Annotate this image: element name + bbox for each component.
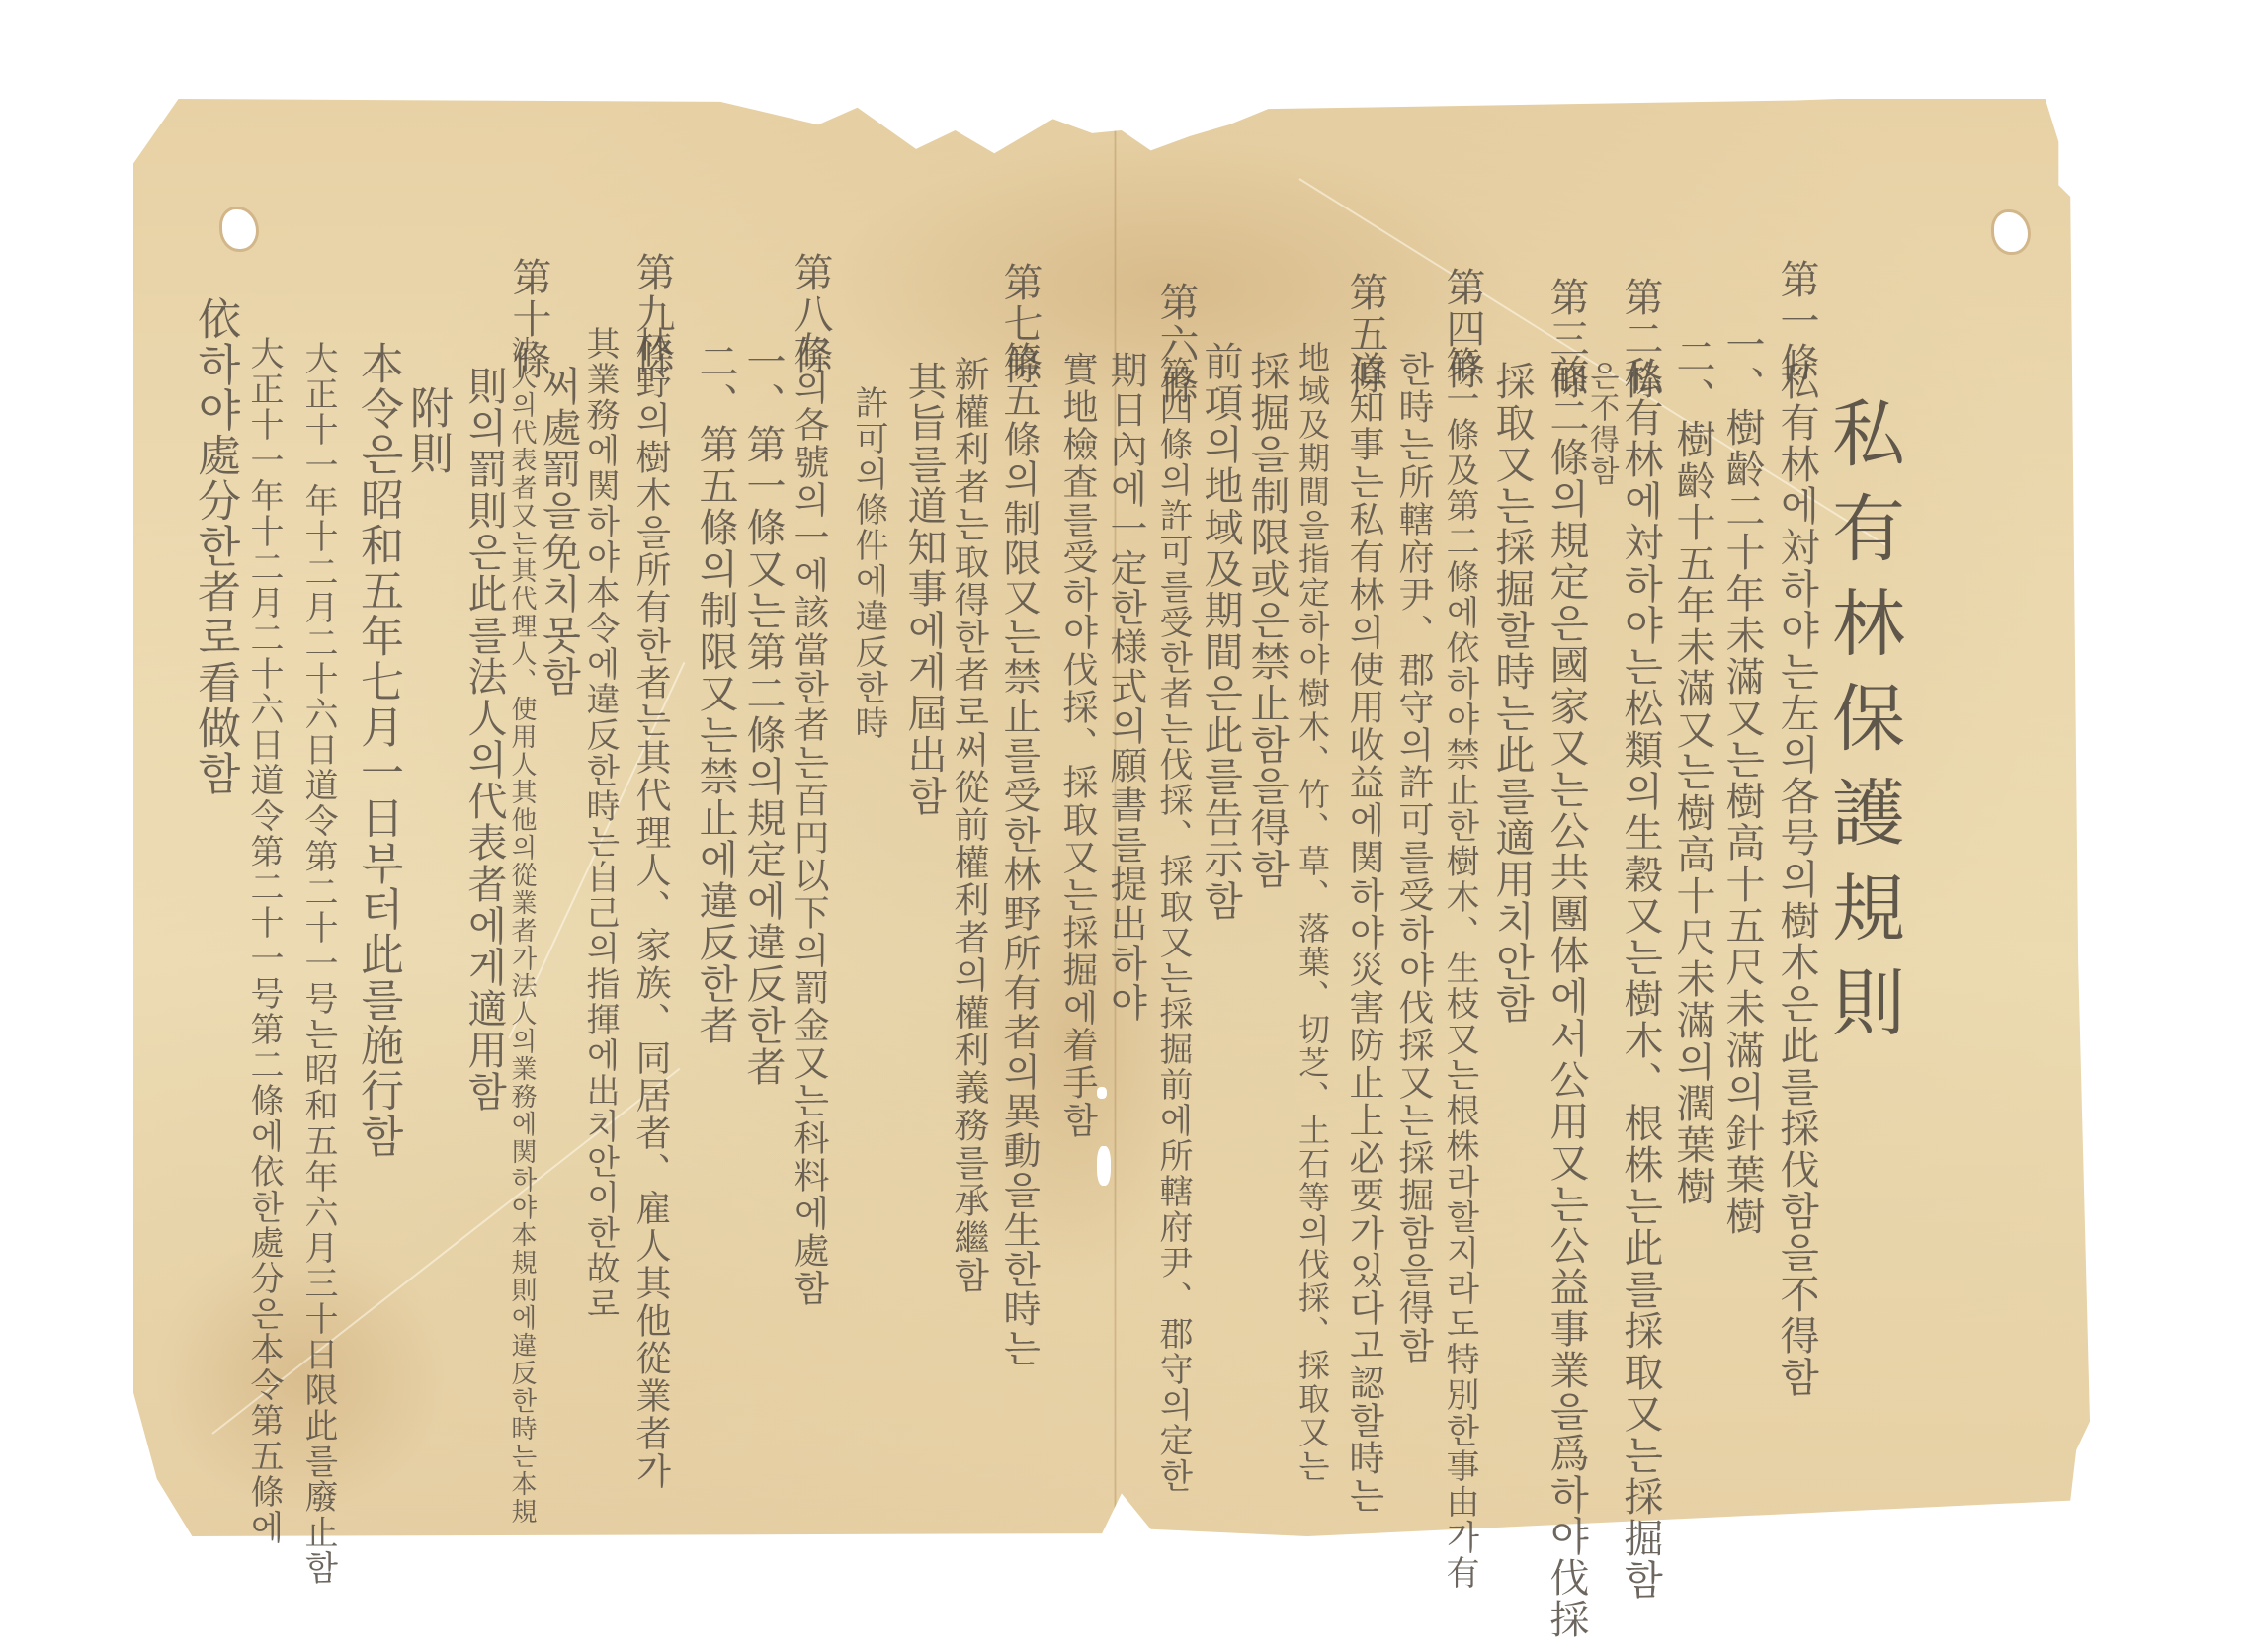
article-1-item-1: 一、樹齡二十年未滿又는樹高十五尺未滿의針葉樹 bbox=[1722, 324, 1762, 1237]
paper-tear bbox=[1097, 1146, 1111, 1186]
article-5-line-4: 前項의地域及期間은此를告示함 bbox=[1201, 341, 1240, 922]
supplementary-line-4: 依하야處分한者로看做함 bbox=[193, 296, 236, 796]
article-1-line-1: 私有林에対하야는左의各号의樹木은此를採伐함을不得함 bbox=[1777, 361, 1816, 1398]
article-5-line-1: 道知事는私有林의使用收益에関하야災害防止上必要가있다고認할時는 bbox=[1346, 351, 1381, 1515]
article-7-line-3: 其旨를道知事에게屆出함 bbox=[904, 361, 944, 817]
article-9-line-1: 林野의樹木을所有한者는其代理人、家族、同居者、雇人其他從業者가 bbox=[632, 326, 668, 1490]
article-8-line-4: 許可의條件에違反한時 bbox=[852, 385, 885, 741]
punch-hole-left bbox=[222, 209, 256, 249]
document-title: 私有林保護規則 bbox=[1826, 395, 1899, 1059]
article-9-line-3: 써處罰을免치못함 bbox=[539, 366, 578, 698]
article-6-line-1: 第四條의許可를受한者는伐採、採取又는採掘前에所轄府尹、郡守의定한 bbox=[1156, 356, 1190, 1494]
article-9-line-2: 其業務에関하야本令에違反한時는自己의指揮에出치안이한故로 bbox=[583, 326, 617, 1322]
supplementary-line-2: 大正十一年十二月二十六日道令第二十一号는昭和五年六月三十日限此를廢止함 bbox=[301, 341, 335, 1586]
article-8-item-2: 二、第五條의制限又는禁止에違反한者 bbox=[696, 341, 735, 1046]
article-7-line-1: 第五條의制限又는禁止를受한林野所有者의異動을生한時는 bbox=[1000, 341, 1038, 1368]
article-10-line-1: 法人의代表者又는其代理人、使用人其他의從業者가法人의業務에関하야本規則에違反한時… bbox=[509, 336, 535, 1526]
article-6-line-3: 實地檢査를受하야伐採、採取又는採掘에着手함 bbox=[1059, 351, 1095, 1139]
article-4-line-2: 한時는所轄府尹、郡守의許可를受하야伐採又는採掘함을得함 bbox=[1395, 351, 1431, 1364]
supplementary-label: 附則 bbox=[405, 385, 449, 476]
article-2-line-2: 은不得함 bbox=[1586, 361, 1616, 487]
supplementary-line-1: 本令은昭和五年七月一日부터此를施行함 bbox=[356, 341, 399, 1159]
article-7-line-2: 新權利者는取得한者로써從前權利者의權利義務를承繼함 bbox=[951, 356, 986, 1294]
punch-hole-right bbox=[1994, 212, 2028, 252]
article-1-item-2: 二、樹齡十五年未滿又는樹高十尺未滿의濶葉樹 bbox=[1673, 336, 1712, 1207]
article-6-line-2: 期日內에一定한様式의願書를提出하야 bbox=[1107, 351, 1144, 1023]
article-2-line-1: 私有林에対하야는松類의生穀又는樹木、根株는此를採取又는採掘함 bbox=[1621, 356, 1660, 1601]
article-8-line-1: 左의各號의一에該當한者는百円以下의罰金又는科料에處함 bbox=[791, 331, 826, 1307]
article-8-item-1: 一、第一條又는第二條의規定에違反한者 bbox=[743, 341, 783, 1088]
photo-stage: 私有林保護規則 第一條 私有林에対하야는左의各号의樹木은此를採伐함을不得함 一、… bbox=[0, 0, 2255, 1652]
paper-tear bbox=[1097, 1087, 1107, 1099]
supplementary-line-3: 大正十一年十二月二十六日道令第二十一号第二條에依한處分은本令第五條에 bbox=[247, 336, 281, 1545]
article-5-line-2: 地域及期間을指定하야樹木、竹、草、落葉、切芝、土石等의伐採、採取又는 bbox=[1296, 341, 1328, 1483]
article-3-line-2: 採取又는採掘할時는此를適用치안함 bbox=[1492, 361, 1532, 1025]
article-10-line-2: 則의罰則은此를法人의代表者에게適用함 bbox=[464, 366, 504, 1113]
article-5-line-3: 採掘을制限或은禁止함을得함 bbox=[1247, 351, 1287, 890]
article-3-line-1: 前二條의規定은國家又는公共團体에서公用又는公益事業을爲하야伐採 bbox=[1546, 354, 1586, 1640]
article-4-line-1: 第一條及第二條에依하야禁止한樹木、生枝又는根株라할지라도特別한事由가有 bbox=[1443, 346, 1476, 1591]
